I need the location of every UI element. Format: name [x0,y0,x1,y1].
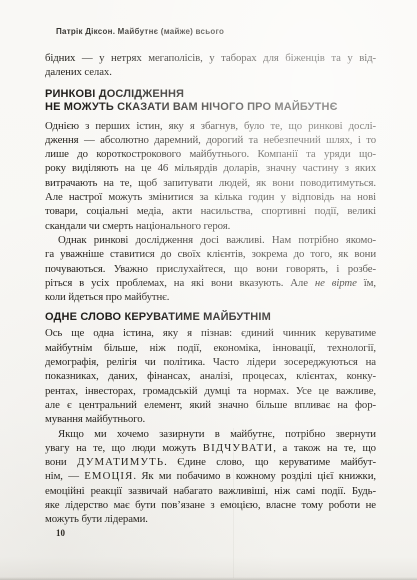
text-line: показниках, даних, фінансах, аналізі, пр… [45,369,376,383]
page-number: 10 [56,528,65,538]
text-line: демографія, релігія чи політика. Часто л… [45,355,376,369]
text-line: Якщо ми хочемо зазирнути в майбутнє, пот… [45,427,376,441]
paragraph: Однак ринкові дослідження досі важливі. … [45,233,376,304]
text-line: нім, — ЕМОЦІЯ. Як ми побачимо в кожному … [45,469,376,483]
paragraph: бідних — у нетрях мегаполісів, у таборах… [45,51,376,80]
text-line: витрачають на те, щоб запитувати людей, … [45,176,376,190]
text-line: року виділяють на це 46 мільярдів доларі… [45,161,376,175]
text-line: мування майбутнього. [45,412,376,426]
text-line: ріться в усіх проблемах, на які вони вка… [45,276,376,290]
text-line: га уважніше ставитися до своїх клієнтів,… [45,247,376,261]
text-line: дження — абсолютно даремний, дорогий та … [45,133,376,147]
paragraph: Якщо ми хочемо зазирнути в майбутнє, пот… [45,427,376,527]
text-line: почуваються. Уважно прислухайтеся, що во… [45,262,376,276]
text-line: Але настрої можуть змінитися за кілька г… [45,190,376,204]
text-line: рентах, інвесторах, громадській думці та… [45,384,376,398]
text-line: але є центральний елемент, який значно б… [45,398,376,412]
text-line: яке лідерство має бути пов’язане з емоці… [45,498,376,512]
text-line: Однією з перших істин, яку я збагнув, бу… [45,119,376,133]
paragraph: Однією з перших істин, яку я збагнув, бу… [45,119,376,233]
text-line: можуть бути лідерами. [45,512,376,526]
section-heading-line: НЕ МОЖУТЬ СКАЗАТИ ВАМ НІЧОГО ПРО МАЙБУТН… [45,101,376,114]
text-line: Однак ринкові дослідження досі важливі. … [45,233,376,247]
paragraph: Ось ще одна істина, яку я пізнав: єдиний… [45,326,376,426]
text-line: бідних — у нетрях мегаполісів, у таборах… [45,51,376,65]
text-line: вони ДУМАТИМУТЬ. Єдине слово, що керуват… [45,455,376,469]
text-line: далених селах. [45,65,376,79]
text-line: майбутнім більше, ніж події, економіка, … [45,341,376,355]
running-header: Патрік Діксон. Майбутнє (майже) всього [56,27,224,36]
section-heading: РИНКОВІ ДОСЛІДЖЕННЯНЕ МОЖУТЬ СКАЗАТИ ВАМ… [45,88,376,114]
text-line: Ось ще одна істина, яку я пізнав: єдиний… [45,326,376,340]
text-line: емоційні реакції зазвичай набагато важли… [45,484,376,498]
section-heading: ОДНЕ СЛОВО КЕРУВАТИМЕ МАЙБУТНІМ [45,311,376,324]
scan-crease-artifact [233,428,234,578]
text-line: коли йдеться про майбутнє. [45,290,376,304]
text-line: товари, соціальні медіа, акти насильства… [45,204,376,218]
text-line: увагу на те, що люди можуть ВІДЧУВАТИ, а… [45,441,376,455]
section-heading-line: ОДНЕ СЛОВО КЕРУВАТИМЕ МАЙБУТНІМ [45,311,376,324]
text-line: скандали чи смерть національного героя. [45,219,376,233]
book-page: Патрік Діксон. Майбутнє (майже) всього б… [0,0,417,580]
section-heading-line: РИНКОВІ ДОСЛІДЖЕННЯ [45,88,376,101]
text-line: лише до короткострокового майбутнього. К… [45,147,376,161]
page-body: бідних — у нетрях мегаполісів, у таборах… [45,51,376,527]
